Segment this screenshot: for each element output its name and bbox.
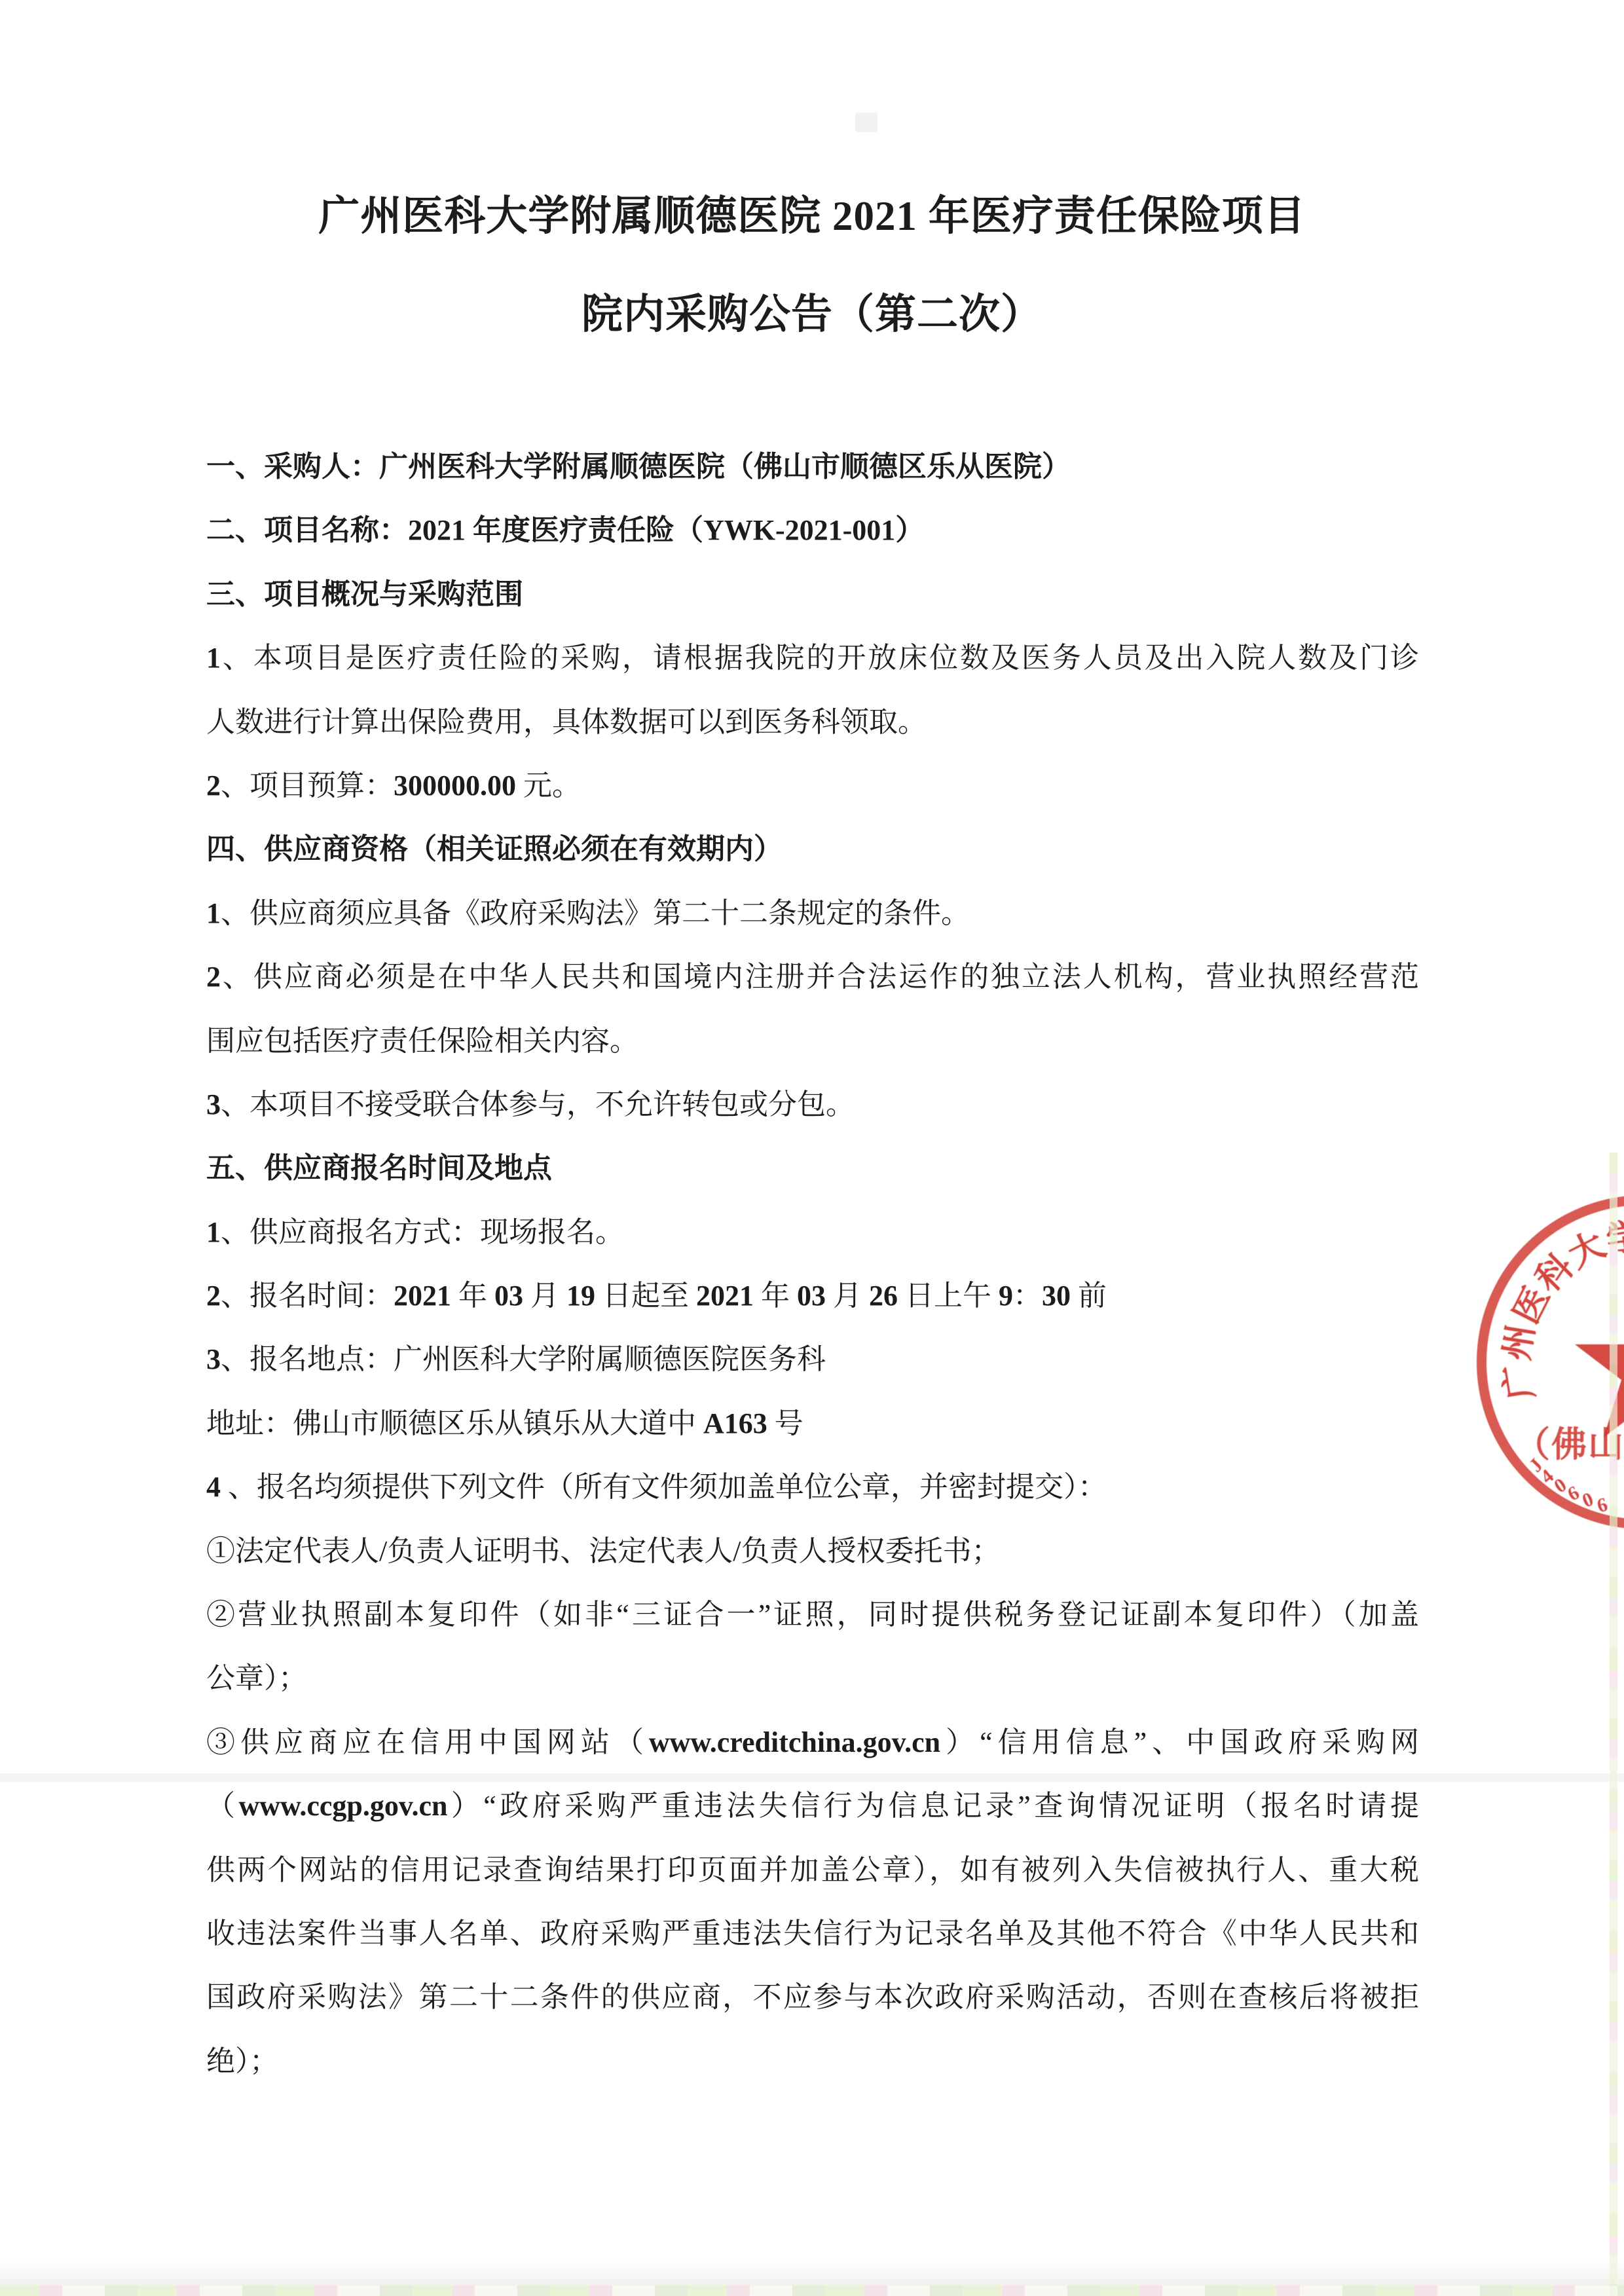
latin-run: YWK-2021-001: [703, 514, 895, 546]
text-line-6: 四、供应商资格（相关证照必须在有效期内）: [206, 817, 1419, 881]
text-line-18: ②营业执照副本复印件（如非“三证合一”证照，同时提供税务登记证副本复印件）（加盖: [206, 1583, 1419, 1646]
text-line-14: 3、报名地点：广州医科大学附属顺德医院医务科: [206, 1327, 1419, 1391]
text-line-21: （www.ccgp.gov.cn）“政府采购严重违法失信行为信息记录”查询情况证…: [206, 1774, 1419, 1838]
text-line-12: 1、供应商报名方式：现场报名。: [206, 1200, 1419, 1264]
latin-run: 2: [206, 1280, 221, 1312]
text-line-8: 2、供应商必须是在中华人民共和国境内注册并合法运作的独立法人机构，营业执照经营范: [206, 945, 1419, 1009]
latin-run: 2021: [394, 1280, 451, 1312]
latin-run: 19: [566, 1280, 595, 1312]
latin-run: 03: [797, 1280, 826, 1312]
latin-run: 3: [206, 1343, 221, 1375]
latin-run: 03: [494, 1280, 523, 1312]
latin-run: 2: [206, 961, 221, 993]
text-line-4: 人数进行计算出保险费用，具体数据可以到医务科领取。: [206, 690, 1419, 754]
text-line-17: ①法定代表人/负责人证明书、法定代表人/负责人授权委托书；: [206, 1519, 1419, 1583]
scan-artifact-band: [0, 1773, 1624, 1782]
text-line-7: 1、供应商须应具备《政府采购法》第二十二条规定的条件。: [206, 881, 1419, 945]
title-line-2: 院内采购公告（第二次）: [0, 282, 1624, 347]
text-line-16: 4 、报名均须提供下列文件（所有文件须加盖单位公章，并密封提交）：: [206, 1455, 1419, 1519]
latin-run: 1: [206, 642, 221, 674]
text-line-22: 供两个网站的信用记录查询结果打印页面并加盖公章），如有被列入失信被执行人、重大税: [206, 1838, 1419, 1902]
latin-run: www.creditchina.gov.cn: [649, 1726, 940, 1758]
latin-run: 300000.00: [394, 769, 516, 802]
latin-run: 2: [206, 769, 221, 802]
document-body: 一、采购人：广州医科大学附属顺德医院（佛山市顺德区乐从医院）二、项目名称：202…: [206, 435, 1419, 2093]
latin-run: 4: [206, 1471, 221, 1503]
latin-run: 26: [869, 1280, 898, 1312]
latin-run: 9: [999, 1280, 1013, 1312]
title-line-1: 广州医科大学附属顺德医院 2021 年医疗责任保险项目: [0, 183, 1624, 249]
latin-run: 2021: [408, 514, 466, 546]
scan-edge-bottom: [0, 2286, 1624, 2296]
text-line-23: 收违法案件当事人名单、政府采购严重违法失信行为记录名单及其他不符合《中华人民共和: [206, 1902, 1419, 1965]
latin-run: www.ccgp.gov.cn: [238, 1790, 447, 1822]
text-line-10: 3、本项目不接受联合体参与，不允许转包或分包。: [206, 1073, 1419, 1136]
latin-run: 30: [1042, 1280, 1071, 1312]
official-seal: 广州医科大学 （佛山市顺德 J40606: [1477, 1195, 1624, 1529]
text-line-13: 2、报名时间：2021 年 03 月 19 日起至 2021 年 03 月 26…: [206, 1264, 1419, 1327]
scan-bottom-shadow: [0, 2261, 1624, 2286]
text-line-24: 国政府采购法》第二十二条件的供应商，不应参与本次政府采购活动，否则在查核后将被拒: [206, 1965, 1419, 2029]
text-line-9: 围应包括医疗责任保险相关内容。: [206, 1009, 1419, 1073]
latin-run: 3: [206, 1088, 221, 1120]
latin-run: 1: [206, 1216, 221, 1248]
latin-run: A163: [703, 1407, 767, 1439]
seal-arc-char: 广: [1498, 1361, 1540, 1403]
seal-arc-char: 州: [1498, 1322, 1540, 1363]
text-line-15: 地址：佛山市顺德区乐从镇乐从大道中 A163 号: [206, 1392, 1419, 1455]
text-line-1: 二、项目名称：2021 年度医疗责任险（YWK-2021-001）: [206, 498, 1419, 562]
text-line-25: 绝）；: [206, 2029, 1419, 2093]
text-line-2: 三、项目概况与采购范围: [206, 563, 1419, 626]
scan-edge-right: [1610, 1153, 1617, 2296]
text-line-3: 1、本项目是医疗责任险的采购，请根据我院的开放床位数及医务人员及出入院人数及门诊: [206, 626, 1419, 690]
text-line-5: 2、项目预算：300000.00 元。: [206, 754, 1419, 817]
text-line-19: 公章）；: [206, 1646, 1419, 1710]
text-line-0: 一、采购人：广州医科大学附属顺德医院（佛山市顺德区乐从医院）: [206, 435, 1419, 498]
text-line-11: 五、供应商报名时间及地点: [206, 1136, 1419, 1200]
latin-run: 1: [206, 897, 221, 929]
scan-speck: [855, 113, 877, 132]
latin-run: 2021: [696, 1280, 754, 1312]
text-line-20: ③供应商应在信用中国网站（www.creditchina.gov.cn）“信用信…: [206, 1711, 1419, 1774]
document-page: 广州医科大学附属顺德医院 2021 年医疗责任保险项目 院内采购公告（第二次） …: [0, 0, 1624, 2296]
